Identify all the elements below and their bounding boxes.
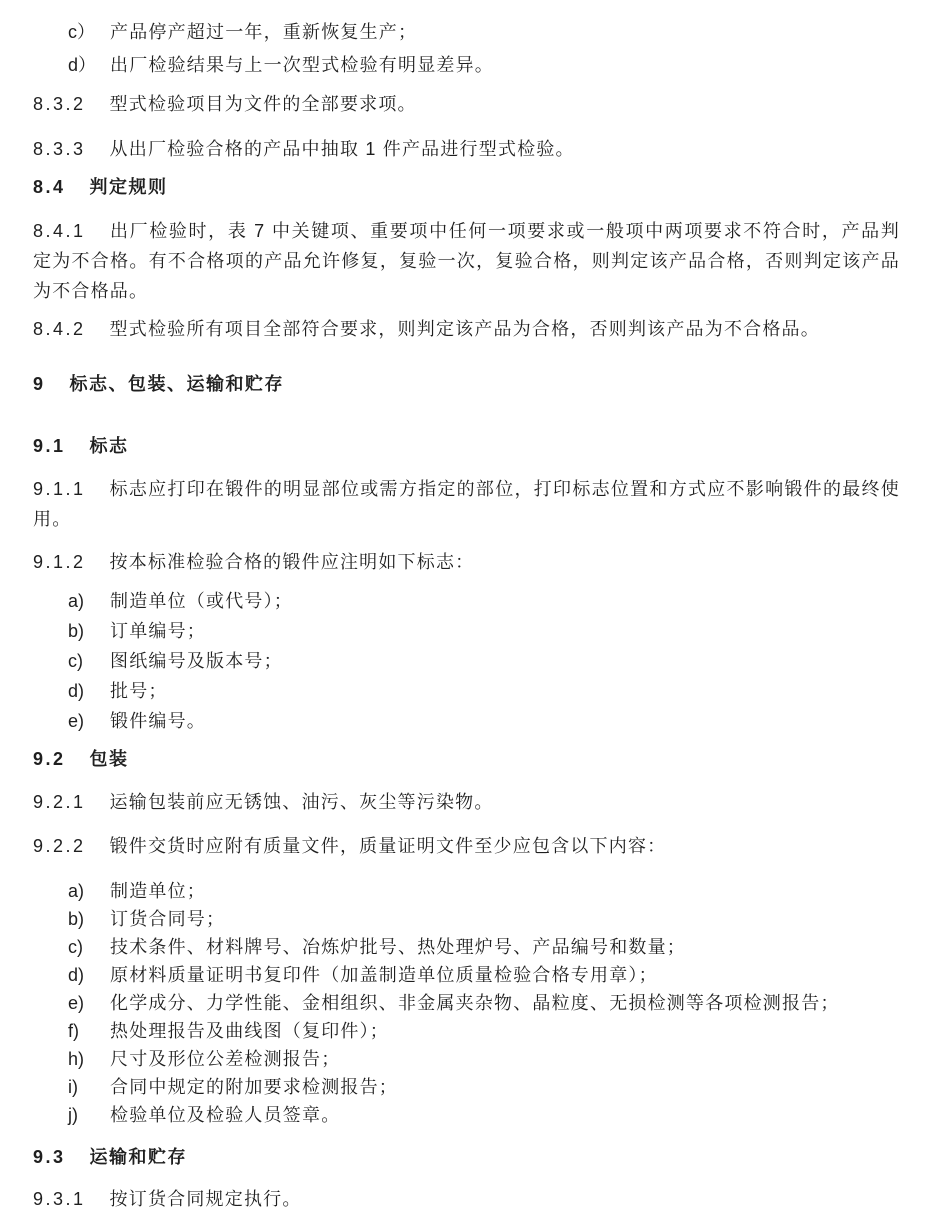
heading-title: 运输和贮存 <box>90 1147 188 1167</box>
list-item-text: 订货合同号； <box>110 905 900 933</box>
heading-number: 9.3 <box>33 1147 66 1167</box>
clause-text: 出厂检验时，表 7 中关键项、重要项中任何一项要求或一般项中两项要求不符合时，产… <box>33 221 900 301</box>
list-item-marker: a) <box>68 877 110 905</box>
clause-8-3-3: 8.3.3从出厂检验合格的产品中抽取 1 件产品进行型式检验。 <box>33 134 900 164</box>
heading-9-3: 9.3运输和贮存 <box>33 1142 900 1172</box>
heading-title: 标志、包装、运输和贮存 <box>70 374 285 394</box>
list-item: b) 订货合同号； <box>33 905 900 933</box>
list-item-marker: d) <box>68 961 110 989</box>
heading-9: 9标志、包装、运输和贮存 <box>33 369 900 399</box>
list-item: a) 制造单位（或代号）； <box>33 586 900 616</box>
clause-number: 8.4.2 <box>33 319 86 339</box>
list-item-text: 尺寸及形位公差检测报告； <box>110 1045 900 1073</box>
list-item-text: 热处理报告及曲线图（复印件）； <box>110 1017 900 1045</box>
list-item: d） 出厂检验结果与上一次型式检验有明显差异。 <box>33 49 900 82</box>
list-item-text: 化学成分、力学性能、金相组织、非金属夹杂物、晶粒度、无损检测等各项检测报告； <box>110 989 900 1017</box>
marking-items-list: a) 制造单位（或代号）； b) 订单编号； c) 图纸编号及版本号； d) 批… <box>33 586 900 736</box>
list-item-text: 出厂检验结果与上一次型式检验有明显差异。 <box>110 49 900 82</box>
clause-number: 8.4.1 <box>33 221 86 241</box>
list-item-text: 订单编号； <box>110 616 900 646</box>
list-item-text: 产品停产超过一年，重新恢复生产； <box>110 16 900 49</box>
heading-9-2: 9.2包装 <box>33 744 900 774</box>
clause-9-3-1: 9.3.1按订货合同规定执行。 <box>33 1184 900 1214</box>
heading-9-1: 9.1标志 <box>33 431 900 461</box>
quality-document-list: a) 制造单位； b) 订货合同号； c) 技术条件、材料牌号、冶炼炉批号、热处… <box>33 877 900 1129</box>
clause-text: 从出厂检验合格的产品中抽取 1 件产品进行型式检验。 <box>110 139 575 159</box>
clause-8-4-1: 8.4.1出厂检验时，表 7 中关键项、重要项中任何一项要求或一般项中两项要求不… <box>33 216 900 306</box>
clause-number: 8.3.2 <box>33 94 86 114</box>
list-item-text: 技术条件、材料牌号、冶炼炉批号、热处理炉号、产品编号和数量； <box>110 933 900 961</box>
list-item-text: 批号； <box>110 676 900 706</box>
heading-title: 包装 <box>90 749 129 769</box>
clause-number: 9.1.1 <box>33 479 86 499</box>
list-item-marker: d) <box>68 676 110 706</box>
list-item-marker: c) <box>68 933 110 961</box>
list-item: c) 图纸编号及版本号； <box>33 646 900 676</box>
list-item-marker: c) <box>68 646 110 676</box>
heading-number: 9.1 <box>33 436 66 456</box>
clause-text: 型式检验项目为文件的全部要求项。 <box>110 94 417 114</box>
list-item: d) 批号； <box>33 676 900 706</box>
clause-9-1-2: 9.1.2按本标准检验合格的锻件应注明如下标志： <box>33 547 900 577</box>
list-item-marker: c） <box>68 16 110 49</box>
list-item: e) 化学成分、力学性能、金相组织、非金属夹杂物、晶粒度、无损检测等各项检测报告… <box>33 989 900 1017</box>
list-item-marker: d） <box>68 49 110 82</box>
clause-9-1-1: 9.1.1标志应打印在锻件的明显部位或需方指定的部位，打印标志位置和方式应不影响… <box>33 474 900 534</box>
list-item: a) 制造单位； <box>33 877 900 905</box>
list-item-text: 原材料质量证明书复印件（加盖制造单位质量检验合格专用章）； <box>110 961 900 989</box>
heading-number: 8.4 <box>33 177 66 197</box>
standard-document-page: c） 产品停产超过一年，重新恢复生产； d） 出厂检验结果与上一次型式检验有明显… <box>0 0 930 1226</box>
list-item-marker: b) <box>68 905 110 933</box>
heading-title: 判定规则 <box>90 177 168 197</box>
clause-text: 按订货合同规定执行。 <box>110 1189 302 1209</box>
clause-number: 9.2.1 <box>33 792 86 812</box>
list-item-marker: e) <box>68 989 110 1017</box>
list-item-text: 图纸编号及版本号； <box>110 646 900 676</box>
list-item: h) 尺寸及形位公差检测报告； <box>33 1045 900 1073</box>
clause-text: 锻件交货时应附有质量文件，质量证明文件至少应包含以下内容： <box>110 836 667 856</box>
list-item: i) 合同中规定的附加要求检测报告； <box>33 1073 900 1101</box>
clause-8-4-2: 8.4.2型式检验所有项目全部符合要求，则判定该产品为合格，否则判该产品为不合格… <box>33 314 900 344</box>
list-item-marker: a) <box>68 586 110 616</box>
clause-number: 9.1.2 <box>33 552 86 572</box>
list-item-text: 制造单位； <box>110 877 900 905</box>
clause-9-2-1: 9.2.1运输包装前应无锈蚀、油污、灰尘等污染物。 <box>33 787 900 817</box>
type-test-condition-list: c） 产品停产超过一年，重新恢复生产； d） 出厂检验结果与上一次型式检验有明显… <box>33 16 900 82</box>
heading-8-4: 8.4判定规则 <box>33 172 900 202</box>
clause-text: 标志应打印在锻件的明显部位或需方指定的部位，打印标志位置和方式应不影响锻件的最终… <box>33 479 900 529</box>
heading-number: 9.2 <box>33 749 66 769</box>
heading-number: 9 <box>33 374 46 394</box>
clause-text: 型式检验所有项目全部符合要求，则判定该产品为合格，否则判该产品为不合格品。 <box>110 319 820 339</box>
clause-9-2-2: 9.2.2锻件交货时应附有质量文件，质量证明文件至少应包含以下内容： <box>33 831 900 861</box>
list-item-text: 检验单位及检验人员签章。 <box>110 1101 900 1129</box>
clause-number: 8.3.3 <box>33 139 86 159</box>
clause-number: 9.2.2 <box>33 836 86 856</box>
list-item-text: 锻件编号。 <box>110 706 900 736</box>
list-item-text: 合同中规定的附加要求检测报告； <box>110 1073 900 1101</box>
list-item-marker: h) <box>68 1045 110 1073</box>
clause-number: 9.3.1 <box>33 1189 86 1209</box>
list-item: d) 原材料质量证明书复印件（加盖制造单位质量检验合格专用章）； <box>33 961 900 989</box>
clause-text: 按本标准检验合格的锻件应注明如下标志： <box>110 552 475 572</box>
clause-text: 运输包装前应无锈蚀、油污、灰尘等污染物。 <box>110 792 494 812</box>
list-item: c） 产品停产超过一年，重新恢复生产； <box>33 16 900 49</box>
clause-8-3-2: 8.3.2型式检验项目为文件的全部要求项。 <box>33 89 900 119</box>
list-item: e) 锻件编号。 <box>33 706 900 736</box>
list-item: j) 检验单位及检验人员签章。 <box>33 1101 900 1129</box>
list-item-marker: b) <box>68 616 110 646</box>
list-item-marker: e) <box>68 706 110 736</box>
heading-title: 标志 <box>90 436 129 456</box>
list-item-text: 制造单位（或代号）； <box>110 586 900 616</box>
list-item: f) 热处理报告及曲线图（复印件）； <box>33 1017 900 1045</box>
list-item: c) 技术条件、材料牌号、冶炼炉批号、热处理炉号、产品编号和数量； <box>33 933 900 961</box>
list-item-marker: f) <box>68 1017 110 1045</box>
list-item: b) 订单编号； <box>33 616 900 646</box>
list-item-marker: i) <box>68 1073 110 1101</box>
list-item-marker: j) <box>68 1101 110 1129</box>
